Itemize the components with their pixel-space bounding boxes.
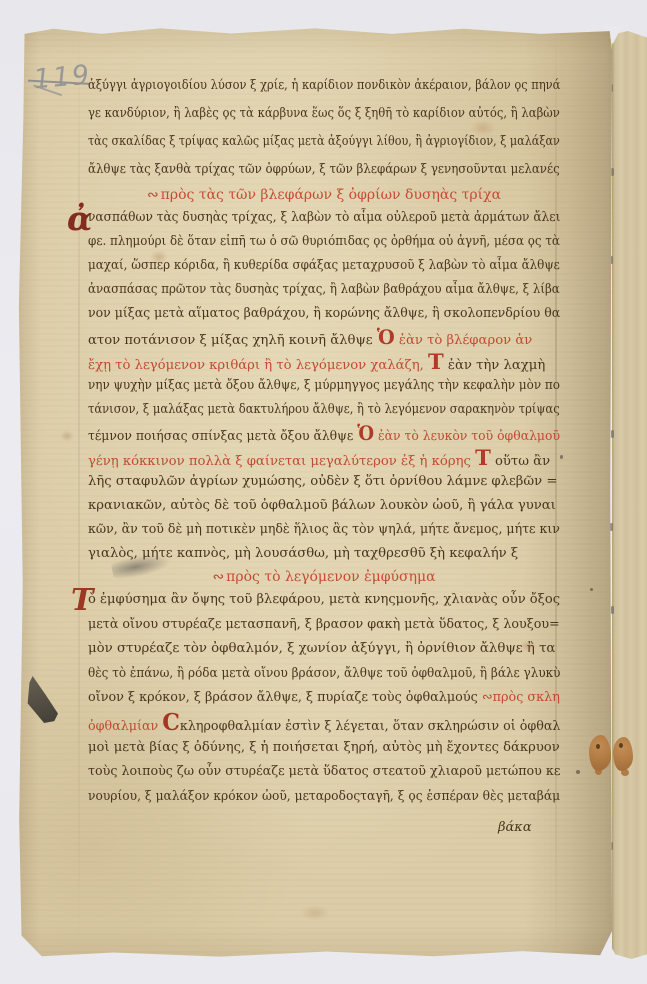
ink-text: κῶν, ἂν τοῦ δὲ μὴ ποτικὲν μηδὲ ἥλιος ἂς … bbox=[88, 522, 560, 537]
ink-text: γε κανδύριον, ἢ λαβὲς ϙς τὰ κάρβυνα ἕως … bbox=[88, 106, 560, 121]
rubricated-text: Τ bbox=[475, 445, 491, 470]
ink-text: ατον ποτάνισον ξ μίξας χηλῆ κοινῆ ἄλθψε bbox=[88, 333, 377, 348]
rubricated-text: Τ bbox=[428, 349, 444, 374]
text-line: μὸν στυρέαζε τὸν ὀφθαλμόν, ξ χωνίον ἀξύγ… bbox=[88, 637, 560, 662]
rubricated-text: πρὸς σκλη bbox=[493, 690, 560, 705]
text-line: νην ψυχὴν μίξας μετὰ ὄξου ἄλθψε, ξ μύρμη… bbox=[88, 374, 516, 398]
rubric-heading-text: πρὸς τὰς τῶν βλεφάρων ξ ὀφρίων δυσηὰς τρ… bbox=[161, 187, 501, 203]
ink-text: νον μίξας μετὰ αἵματος βαθράχου, ἢ κορών… bbox=[88, 306, 560, 321]
binding-stitch bbox=[611, 430, 614, 438]
ink-text: τάνισον, ξ μαλάξας μετὰ δακτυλήρου ἄλθψε… bbox=[88, 402, 560, 417]
text-block: ἀξύγγι ἀγριογοιδίου λύσον ξ χρίε, ἡ καρί… bbox=[88, 72, 560, 809]
ink-text: οἴνον ξ κρόκον, ξ βράσον ἄλθψε, ξ πυρίαζ… bbox=[88, 690, 482, 705]
ink-speck bbox=[576, 770, 580, 774]
rubricated-text: ∾ bbox=[482, 690, 493, 705]
rubric-heading: ∾πρὸς τὰς τῶν βλεφάρων ξ ὀφρίων δυσηὰς τ… bbox=[88, 184, 560, 206]
wax-stain-drop bbox=[595, 768, 602, 775]
wax-stain-speck bbox=[619, 743, 623, 748]
text-line: μετὰ οἴνου στυρέαζε μετασπανῆ, ξ βρασον … bbox=[88, 613, 538, 638]
text-line: γε κανδύριον, ἢ λαβὲς ϙς τὰ κάρβυνα ἕως … bbox=[88, 100, 497, 128]
ink-text: μετὰ οἴνου στυρέαζε μετασπανῆ, ξ βρασον … bbox=[88, 617, 560, 632]
ink-text: τοὺς λοιποὺς ζω οὖν στυρέαζε μετὰ ὕδατος… bbox=[88, 764, 560, 779]
text-line: νον μίξας μετὰ αἵματος βαθράχου, ἢ κορών… bbox=[88, 302, 536, 326]
ink-text: κληροφθαλμίαν ἐστὶν ξ λέγεται, ὅταν σκλη… bbox=[180, 719, 561, 734]
rubricated-text: Ὁ bbox=[377, 326, 395, 349]
text-line: ατον ποτάνισον ξ μίξας χηλῆ κοινῆ ἄλθψε … bbox=[88, 326, 560, 350]
text-line: τὰς σκαλίδας ξ τρίψας καλῶς μίξας μετὰ ἀ… bbox=[88, 128, 482, 156]
foxing-spot bbox=[150, 250, 168, 264]
text-line: νασπάθων τὰς δυσηὰς τρίχας, ξ λαβὼν τὸ α… bbox=[88, 206, 524, 230]
text-line: γένῃ κόκκινον πολλὰ ξ φαίνεται μεγαλύτερ… bbox=[88, 446, 560, 470]
text-line: λῆς σταφυλῶν ἀγρίων χυμώσης, οὐδὲν ξ ὅτι… bbox=[88, 470, 560, 494]
paragraphos-mark: ∾ bbox=[147, 187, 157, 203]
rubric-heading-text: πρὸς τὸ λεγόμενον ἐμφύσημα bbox=[226, 569, 435, 585]
ink-speck bbox=[590, 588, 593, 591]
wax-stain-drop bbox=[621, 769, 629, 776]
paragraphos-mark: ∾ bbox=[212, 569, 222, 585]
text-line: κῶν, ἂν τοῦ δὲ μὴ ποτικὲν μηδὲ ἥλιος ἂς … bbox=[88, 518, 537, 542]
rubricated-text: ἔχῃ τὸ λεγόμενον κριθάρι ἢ τὸ λεγόμενον … bbox=[88, 358, 428, 373]
ink-text: θὲς τὸ ἐπάνω, ἢ ρόδα μετὰ οἴνου βράσον, … bbox=[88, 666, 560, 681]
ink-text: λῆς σταφυλῶν ἀγρίων χυμώσης, οὐδὲν ξ ὅτι… bbox=[88, 474, 557, 489]
text-line: ὸ ἐμφύσημα ἂν ὄψης τοῦ βλεφάρου, μετὰ κν… bbox=[88, 588, 552, 613]
ink-text: ὸ ἐμφύσημα ἂν ὄψης τοῦ βλεφάρου, μετὰ κν… bbox=[88, 592, 560, 607]
ink-text: φε. πλημούρι δὲ ὅταν εἰπῆ τω ὁ σῶ θυριόπ… bbox=[88, 234, 560, 249]
binding-stitch bbox=[611, 606, 614, 614]
ink-text: τέμνον ποιήσας σπίνξας μετὰ ὄξου ἄλθψε bbox=[88, 429, 357, 444]
ink-text: τὰς σκαλίδας ξ τρίψας καλῶς μίξας μετὰ ἀ… bbox=[88, 134, 560, 149]
binding-stitch bbox=[610, 523, 613, 531]
folio-number-pencil: 119 bbox=[32, 60, 91, 107]
foxing-spot bbox=[300, 905, 330, 921]
text-line: τοὺς λοιποὺς ζω οὖν στυρέαζε μετὰ ὕδατος… bbox=[88, 760, 538, 785]
ink-text: κρανιακῶν, αὐτὸς δὲ τοῦ ὀφθαλμοῦ βάλων λ… bbox=[88, 498, 556, 513]
wax-stain bbox=[613, 737, 633, 771]
text-line: νουρίου, ξ μαλάξον κρόκον ὠοῦ, μεταροδος… bbox=[88, 785, 523, 810]
text-line: ἄλθψε τὰς ξανθὰ τρίχας τῶν ὀφρύων, ξ τῶν… bbox=[88, 156, 504, 184]
text-line: ἔχῃ τὸ λεγόμενον κριθάρι ἢ τὸ λεγόμενον … bbox=[88, 350, 560, 374]
rubricated-text: ὀφθαλμίαν bbox=[88, 719, 162, 734]
wax-stain bbox=[589, 735, 611, 771]
rubricated-text: Ϲ bbox=[162, 709, 180, 736]
rubricated-text: γένῃ κόκκινον πολλὰ ξ φαίνεται μεγαλύτερ… bbox=[88, 454, 475, 469]
catchword: βάκα bbox=[498, 820, 532, 835]
text-line: κρανιακῶν, αὐτὸς δὲ τοῦ ὀφθαλμοῦ βάλων λ… bbox=[88, 494, 560, 518]
ink-speck bbox=[560, 455, 563, 459]
ink-text: ἀξύγγι ἀγριογοιδίου λύσον ξ χρίε, ἡ καρί… bbox=[88, 78, 560, 93]
wax-stain-speck bbox=[596, 744, 600, 749]
rubricated-text: Ὁ bbox=[357, 422, 374, 445]
manuscript-scan: { "colors": { "scan_background": "#e9e9e… bbox=[0, 0, 647, 984]
foxing-spot bbox=[60, 430, 74, 442]
text-paragraph: Τὸ ἐμφύσημα ἂν ὄψης τοῦ βλεφάρου, μετὰ κ… bbox=[88, 588, 560, 809]
text-line: ὀφθαλμίαν Ϲκληροφθαλμίαν ἐστὶν ξ λέγεται… bbox=[88, 711, 538, 736]
ink-text: ἀνασπάσας πρῶτον τὰς δυσηὰς τρίχας, ἢ λα… bbox=[88, 282, 560, 297]
ink-text: μὸν στυρέαζε τὸν ὀφθαλμόν, ξ χωνίον ἀξύγ… bbox=[88, 641, 555, 656]
text-line: ἀξύγγι ἀγριογοιδίου λύσον ξ χρίε, ἡ καρί… bbox=[88, 72, 492, 100]
rubricated-text: ἐὰν τὸ βλέφαρον ἀν bbox=[395, 333, 533, 348]
ink-text: μοὶ μετὰ βίας ξ ὀδύνης, ξ ἡ ποιήσεται ξη… bbox=[88, 740, 560, 755]
text-line: θὲς τὸ ἐπάνω, ἢ ρόδα μετὰ οἴνου βράσον, … bbox=[88, 662, 514, 687]
ink-text: νουρίου, ξ μαλάξον κρόκον ὠοῦ, μεταροδος… bbox=[88, 789, 560, 804]
text-line: τέμνον ποιήσας σπίνξας μετὰ ὄξου ἄλθψε Ὁ… bbox=[88, 422, 532, 446]
page-crease bbox=[78, 26, 80, 959]
text-line: ἀνασπάσας πρῶτον τὰς δυσηὰς τρίχας, ἢ λα… bbox=[88, 278, 510, 302]
text-line: μοὶ μετὰ βίας ξ ὀδύνης, ξ ἡ ποιήσεται ξη… bbox=[88, 736, 554, 761]
foxing-spot bbox=[520, 640, 536, 652]
ink-text: οὕτω ἂν bbox=[491, 454, 550, 469]
text-line: τάνισον, ξ μαλάξας μετὰ δακτυλήρου ἄλθψε… bbox=[88, 398, 501, 422]
text-line: φε. πλημούρι δὲ ὅταν εἰπῆ τω ὁ σῶ θυριόπ… bbox=[88, 230, 513, 254]
ink-text: ἄλθψε τὰς ξανθὰ τρίχας τῶν ὀφρύων, ξ τῶν… bbox=[88, 162, 560, 177]
text-line: οἴνον ξ κρόκον, ξ βράσον ἄλθψε, ξ πυρίαζ… bbox=[88, 686, 542, 711]
rubricated-text: ἐὰν τὸ λευκὸν τοῦ ὀφθαλμοῦ bbox=[374, 429, 560, 444]
ink-text: νην ψυχὴν μίξας μετὰ ὄξου ἄλθψε, ξ μύρμη… bbox=[88, 378, 560, 393]
ink-text: ἐὰν τὴν λαχμὴ bbox=[444, 358, 546, 373]
adjacent-page-edge bbox=[612, 31, 647, 959]
foxing-spot bbox=[470, 120, 496, 136]
ink-text: νασπάθων τὰς δυσηὰς τρίχας, ξ λαβὼν τὸ α… bbox=[88, 210, 560, 225]
